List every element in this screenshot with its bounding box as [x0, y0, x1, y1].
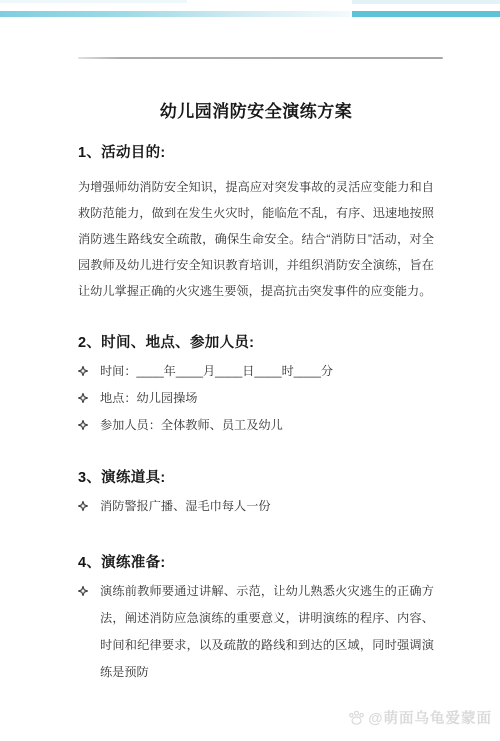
watermark: @萌面乌龟爱蒙面	[348, 707, 492, 728]
page-title: 幼儿园消防安全演练方案	[78, 101, 434, 123]
bullet-text: 消防警报广播、湿毛巾每人一份	[100, 493, 434, 520]
bullet-text: 参加人员：全体教师、员工及幼儿	[100, 412, 434, 439]
bullet-text: 地点：幼儿园操场	[100, 385, 434, 412]
list-item: 消防警报广播、湿毛巾每人一份	[78, 493, 434, 520]
four-pointed-star-bullet-icon	[78, 578, 100, 596]
section-3-bullet-list: 消防警报广播、湿毛巾每人一份	[78, 493, 434, 520]
section-4-bullet-list: 演练前教师要通过讲解、示范，让幼儿熟悉火灾逃生的正确方法，阐述消防应急演练的重要…	[78, 578, 434, 686]
section-2-heading: 2、时间、地点、参加人员:	[78, 334, 434, 353]
bullet-text: 演练前教师要通过讲解、示范，让幼儿熟悉火灾逃生的正确方法，阐述消防应急演练的重要…	[100, 578, 434, 686]
list-item: 时间：____年____月____日____时____分	[78, 358, 434, 385]
four-pointed-star-bullet-icon	[78, 412, 100, 430]
section-1-paragraph: 为增强师幼消防安全知识，提高应对突发事故的灵活应变能力和自救防范能力，做到在发生…	[78, 174, 434, 304]
section-4-heading: 4、演练准备:	[78, 554, 434, 573]
four-pointed-star-bullet-icon	[78, 358, 100, 376]
list-item: 演练前教师要通过讲解、示范，让幼儿熟悉火灾逃生的正确方法，阐述消防应急演练的重要…	[78, 578, 434, 686]
document-content: 幼儿园消防安全演练方案 1、活动目的: 为增强师幼消防安全知识，提高应对突发事故…	[78, 0, 434, 686]
list-item: 参加人员：全体教师、员工及幼儿	[78, 412, 434, 439]
four-pointed-star-bullet-icon	[78, 493, 100, 511]
watermark-text: @萌面乌龟爱蒙面	[368, 707, 492, 728]
section-3-heading: 3、演练道具:	[78, 469, 434, 488]
document-page: 幼儿园消防安全演练方案 1、活动目的: 为增强师幼消防安全知识，提高应对突发事故…	[0, 0, 500, 741]
section-2-bullet-list: 时间：____年____月____日____时____分 地点：幼儿园操场 参加…	[78, 358, 434, 439]
bullet-text: 时间：____年____月____日____时____分	[100, 358, 434, 385]
list-item: 地点：幼儿园操场	[78, 385, 434, 412]
four-pointed-star-bullet-icon	[78, 385, 100, 403]
section-1-heading: 1、活动目的:	[78, 144, 434, 163]
paw-icon	[348, 710, 365, 726]
